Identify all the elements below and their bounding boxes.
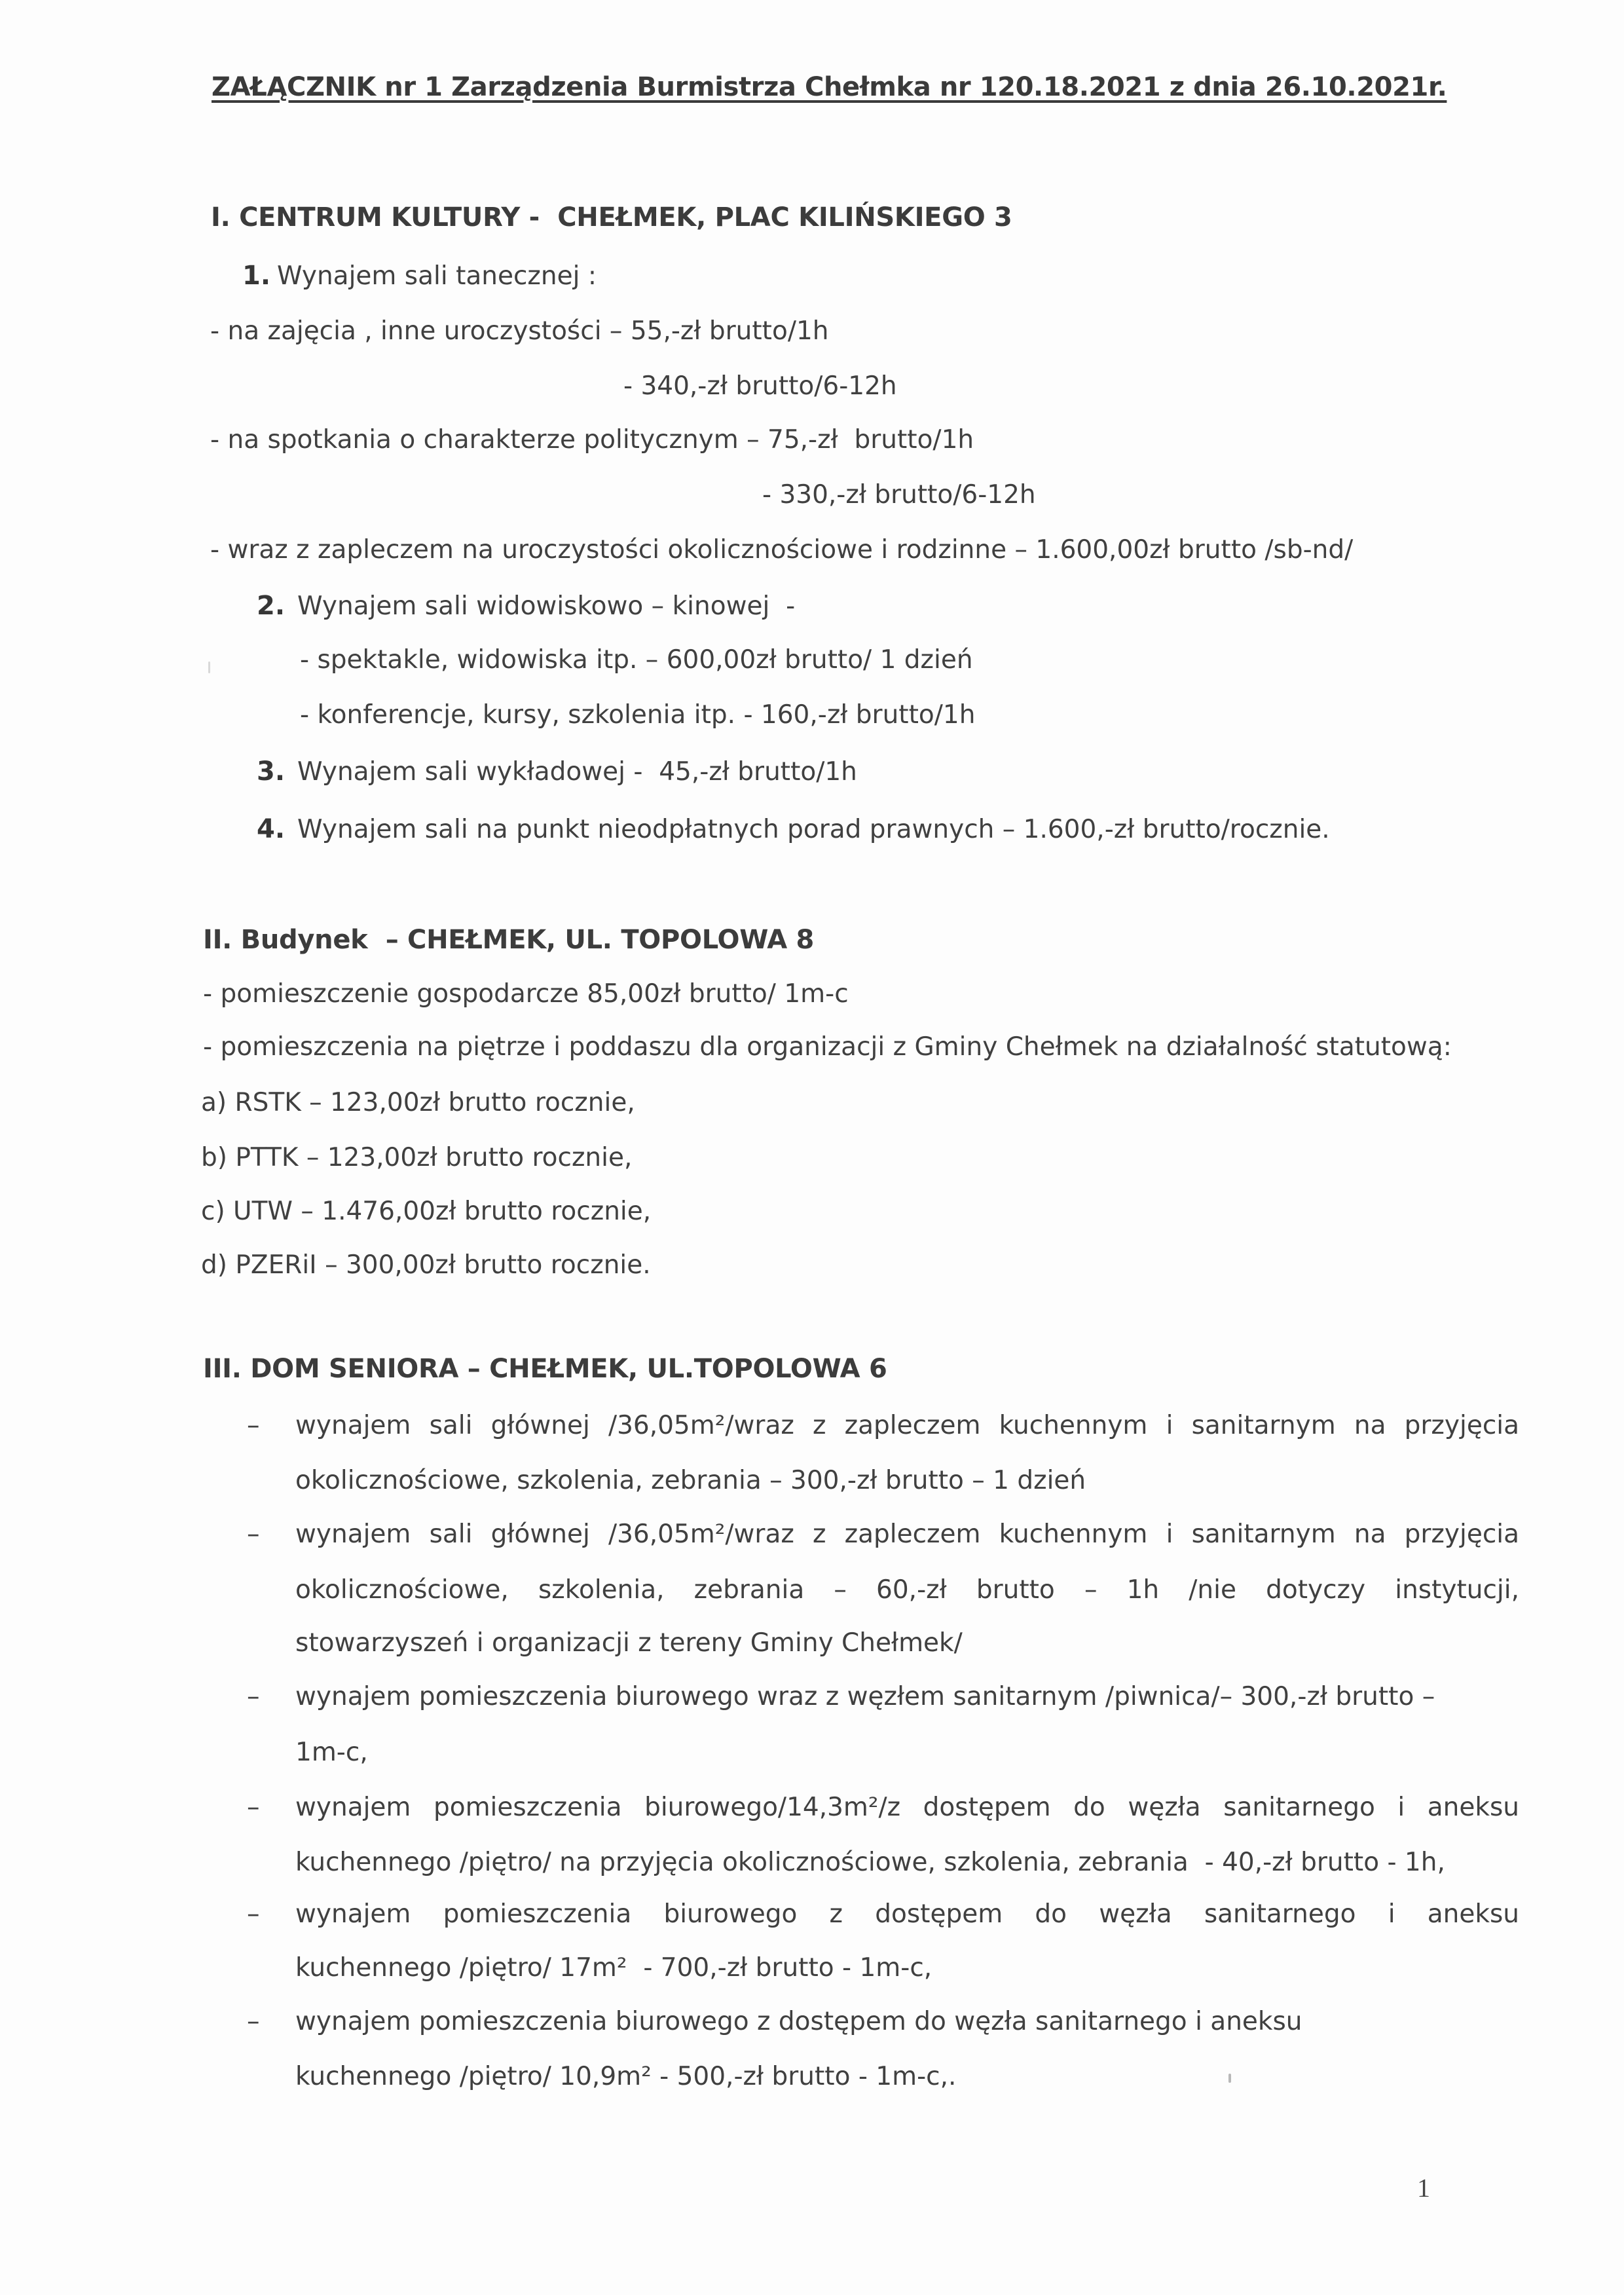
price-line: - konferencje, kursy, szkolenia itp. - 1… [300,700,975,730]
list-item-line: 1m-c, [295,1738,368,1768]
item-number: 3. [257,756,285,787]
item-number: 4. [257,814,285,844]
price-line: d) PZERiI – 300,00zł brutto rocznie. [201,1250,651,1280]
document-title: ZAŁĄCZNIK nr 1 Zarządzenia Burmistrza Ch… [212,72,1447,102]
list-item-line: kuchennego /piętro/ 17m² - 700,-zł brutt… [295,1953,932,1983]
bullet-dash: – [247,1682,260,1712]
bullet-dash: – [247,1793,260,1823]
list-item-line: wynajem sali głównej /36,05m²/wraz z zap… [295,1520,1519,1550]
list-item-line: kuchennego /piętro/ na przyjęcia okolicz… [295,1848,1445,1878]
list-item-line: wynajem sali głównej /36,05m²/wraz z zap… [295,1411,1519,1441]
list-item-line: wynajem pomieszczenia biurowego z dostęp… [295,1899,1519,1930]
scan-artifact [1228,2074,1231,2083]
page-number: 1 [1417,2173,1430,2203]
bullet-dash: – [247,1411,260,1441]
list-item-line: okolicznościowe, szkolenia, zebrania – 3… [295,1466,1086,1496]
item-label-lecture-hall: Wynajem sali wykładowej - 45,-zł brutto/… [297,757,857,787]
price-line: - na zajęcia , inne uroczystości – 55,-z… [210,316,829,346]
list-item-line: wynajem pomieszczenia biurowego/14,3m²/z… [295,1793,1519,1823]
price-line: b) PTTK – 123,00zł brutto rocznie, [201,1143,632,1173]
list-item-line: wynajem pomieszczenia biurowego z dostęp… [295,2007,1302,2037]
price-line: - pomieszczenia na piętrze i poddaszu dl… [203,1032,1452,1062]
list-item-line: wynajem pomieszczenia biurowego wraz z w… [295,1682,1435,1712]
item-number: 1. [242,261,270,291]
price-line: c) UTW – 1.476,00zł brutto rocznie, [201,1197,651,1227]
price-line: - wraz z zapleczem na uroczystości okoli… [210,535,1353,565]
document-page: ZAŁĄCZNIK nr 1 Zarządzenia Burmistrza Ch… [0,0,1624,2295]
item-number: 2. [257,591,285,621]
price-line: - 340,-zł brutto/6-12h [623,371,897,401]
section-heading-budynek-topolowa-8: II. Budynek – CHEŁMEK, UL. TOPOLOWA 8 [203,925,814,955]
price-line: - 330,-zł brutto/6-12h [762,480,1036,510]
item-label-dance-hall: Wynajem sali tanecznej : [277,261,597,291]
price-line: - pomieszczenie gospodarcze 85,00zł brut… [203,979,849,1009]
list-item-line: kuchennego /piętro/ 10,9m² - 500,-zł bru… [295,2062,956,2092]
bullet-dash: – [247,1899,260,1930]
item-label-cinema-hall: Wynajem sali widowiskowo – kinowej - [297,591,795,622]
section-heading-dom-seniora: III. DOM SENIORA – CHEŁMEK, UL.TOPOLOWA … [203,1354,887,1384]
item-label-legal-aid-room: Wynajem sali na punkt nieodpłatnych pora… [297,815,1330,845]
list-item-line: okolicznościowe, szkolenia, zebrania – 6… [295,1575,1519,1605]
bullet-dash: – [247,1520,260,1550]
scan-artifact [208,662,210,673]
section-heading-centrum-kultury: I. CENTRUM KULTURY - CHEŁMEK, PLAC KILIŃ… [211,202,1012,233]
bullet-dash: – [247,2007,260,2037]
price-line: a) RSTK – 123,00zł brutto rocznie, [201,1088,635,1118]
list-item-line: stowarzyszeń i organizacji z tereny Gmin… [295,1628,963,1658]
price-line: - na spotkania o charakterze politycznym… [210,425,974,455]
price-line: - spektakle, widowiska itp. – 600,00zł b… [300,645,973,675]
